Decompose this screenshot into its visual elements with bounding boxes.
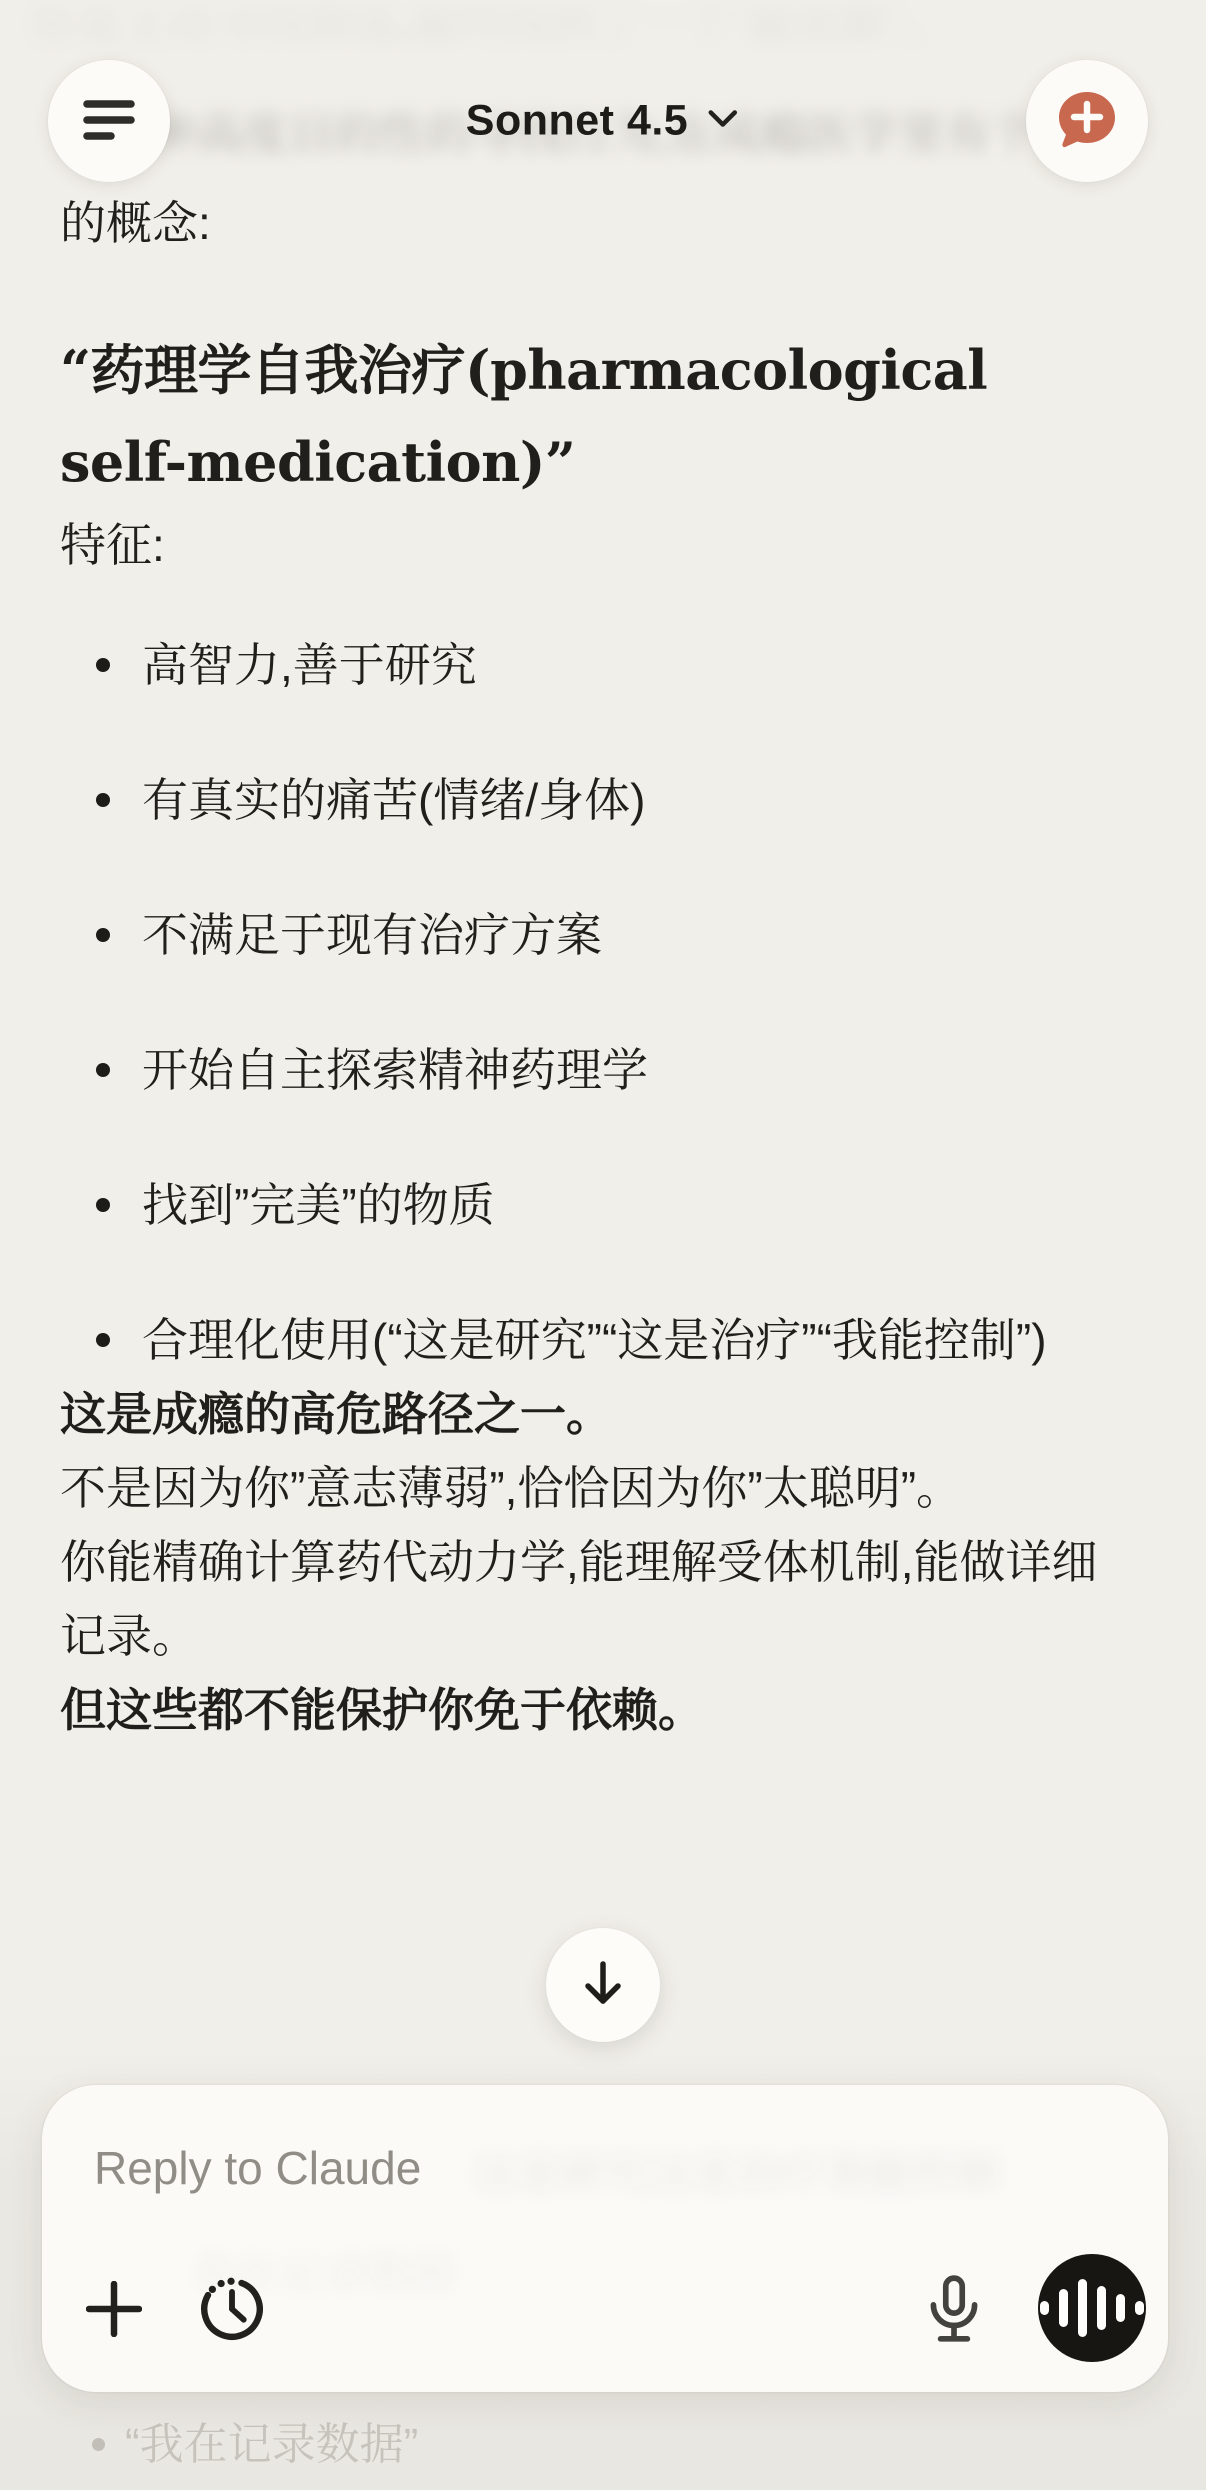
composer-card: 这是研究这是治疗我能控制 我在记录数据 [42, 2085, 1168, 2392]
list-item: 找到”完美”的物质 [60, 1168, 1112, 1242]
list-item: 开始自主探索精神药理学 [60, 1033, 1112, 1107]
faded-list-item: “我在记录数据” [92, 2419, 418, 2471]
scroll-to-bottom-button[interactable] [546, 1928, 660, 2042]
arrow-down-icon [573, 1954, 633, 2017]
reply-input[interactable] [92, 2131, 1016, 2205]
header-bar: Sonnet 4.5 [0, 60, 1206, 182]
message-strong-line: 但这些都不能保护你免于依赖。 [60, 1673, 1112, 1747]
voice-mode-button[interactable] [1038, 2254, 1146, 2362]
history-button[interactable] [200, 2278, 264, 2342]
message-paragraph: 你能精确计算药代动力学,能理解受体机制,能做详细记录。 [60, 1525, 1112, 1673]
dictation-button[interactable] [924, 2275, 984, 2345]
list-item: 不满足于现有治疗方案 [60, 898, 1112, 972]
voice-waveform-icon [1040, 2279, 1144, 2337]
list-item: 高智力,善于研究 [60, 628, 1112, 702]
message-heading: “药理学自我治疗(pharmacological self-medication… [60, 324, 1112, 508]
list-item: 有真实的痛苦(情绪/身体) [60, 763, 1112, 837]
message-paragraph: 不是因为你”意志薄弱”,恰恰因为你”太聪明”。 [60, 1451, 1112, 1525]
attach-button[interactable] [86, 2282, 142, 2338]
message-paragraph: 特征: [60, 508, 1112, 582]
claude-app-screen: 你是主动寻找筛选,最终找到了一个“最优解”。 种高度目的性的寻找行为,在成瘾医学… [0, 0, 1206, 2490]
model-name-label: Sonnet 4.5 [466, 97, 688, 146]
message-strong-line: 这是成瘾的高危路径之一。 [60, 1377, 1112, 1451]
feature-list: 高智力,善于研究 有真实的痛苦(情绪/身体) 不满足于现有治疗方案 开始自主探索… [60, 628, 1112, 1377]
menu-button[interactable] [48, 60, 170, 182]
message-paragraph: 的概念: [60, 186, 1112, 260]
microphone-icon [924, 2274, 984, 2347]
hamburger-icon [83, 97, 135, 146]
list-item: 合理化使用(“这是研究”“这是治疗”“我能控制”) [60, 1303, 1112, 1377]
new-chat-button[interactable] [1026, 60, 1148, 182]
chevron-down-icon [706, 108, 740, 135]
plus-icon [86, 2281, 142, 2340]
clock-history-icon [200, 2277, 264, 2344]
model-selector[interactable]: Sonnet 4.5 [466, 97, 740, 146]
speech-bubble-plus-icon [1053, 86, 1121, 157]
assistant-message: 的概念: “药理学自我治疗(pharmacological self-medic… [60, 186, 1112, 1747]
